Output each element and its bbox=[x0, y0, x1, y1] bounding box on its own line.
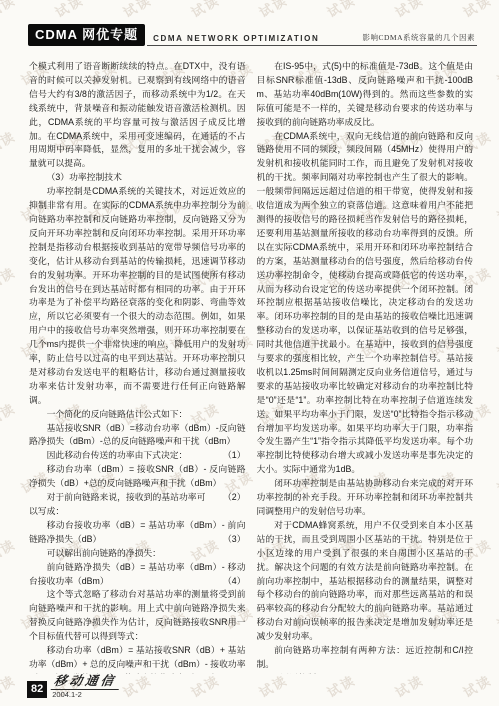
running-article-title: 影响CDMA系统容量的几个因素 bbox=[362, 32, 475, 43]
watermark-stamp: 试读 bbox=[0, 670, 19, 701]
header-rule: CDMA NETWORK OPTIMIZATION 影响CDMA系统容量的几个因… bbox=[147, 32, 477, 46]
watermark-stamp: 试读 bbox=[493, 330, 499, 361]
watermark-stamp: 试读 bbox=[255, 670, 290, 701]
watermark-stamp: 试读 bbox=[187, 670, 222, 701]
watermark-stamp: 试读 bbox=[493, 466, 499, 497]
watermark-stamp: 试读 bbox=[0, 534, 19, 565]
paragraph-left-3: 一个简化的反向链路估计公式如下： bbox=[29, 408, 246, 422]
equation-number: （4） bbox=[205, 575, 245, 589]
paragraph-right-2: 闭环功率控制是由基站协助移动台来完成的对开环功率控制的补充手段。开环功率控制和闭… bbox=[257, 477, 474, 519]
paragraph-right-3: 对于CDMA蜂窝系统，用户不仅受到来自本小区基站的干扰，而且受到周围小区基站的干… bbox=[257, 519, 474, 644]
equation-number: （2） bbox=[205, 491, 245, 505]
page-header: CDMA 网优专题 CDMA NETWORK OPTIMIZATION 影响CD… bbox=[28, 24, 477, 46]
watermark-stamp: 试读 bbox=[493, 602, 499, 633]
watermark-stamp: 试读 bbox=[0, 0, 19, 21]
right-column: 在IS-95中，式(5)中的标准值是-73dB。这个值是由目标SNR标准值-13… bbox=[257, 60, 474, 674]
watermark-stamp: 试读 bbox=[493, 58, 499, 89]
watermark-stamp: 试读 bbox=[119, 0, 154, 21]
watermark-stamp: 试读 bbox=[391, 0, 426, 21]
watermark-stamp: 试读 bbox=[0, 398, 19, 429]
journal-mark: 移动通信 2004.1-2 bbox=[52, 675, 120, 698]
formula-left-8: 移动台接收功率（dB）= 基站功率（dBm）- 前向链路净损失（dB）（3） bbox=[29, 519, 246, 547]
formula-left-10: 前向链路净损失（dB）= 基站功率（dBm）- 移动台接收功率（dBm）（4） bbox=[29, 561, 246, 589]
watermark-stamp: 试读 bbox=[0, 126, 19, 157]
equation-number: （3） bbox=[205, 533, 245, 547]
paragraph-left-0: 个模式利用了语音断断续续的特点。在DTX中，没有语音的时候可以关掉发射机。已观察… bbox=[29, 60, 246, 171]
watermark-stamp: 试读 bbox=[391, 670, 426, 701]
watermark-stamp: 试读 bbox=[119, 670, 154, 701]
article-body: 个模式利用了语音断断续续的特点。在DTX中，没有语音的时候可以关掉发射机。已观察… bbox=[29, 60, 473, 674]
formula-left-4: 基站接收SNR（dB）=移动台功率（dBm）-反向链路净损失（dBm）-总的反向… bbox=[29, 422, 246, 450]
section-badge: CDMA 网优专题 bbox=[28, 24, 145, 46]
paragraph-right-0: 在IS-95中，式(5)中的标准值是-73dB。这个值是由目标SNR标准值-13… bbox=[257, 60, 474, 130]
paragraph-left-2: 功率控制是CDMA系统的关键技术，对远近效应的抑制非常有用。在实际的CDMA系统… bbox=[29, 185, 246, 408]
journal-logo: 移动通信 bbox=[51, 675, 122, 690]
formula-left-6: 移动台功率（dBm）= 接收SNR（dB）- 反向链路净损失（dB）+总的反向链… bbox=[29, 463, 246, 491]
watermark-stamp: 试读 bbox=[187, 0, 222, 21]
paragraph-right-5: ◆远近控制 bbox=[257, 672, 474, 674]
paragraph-right-4: 前向链路功率控制有两种方法：远近控制和C/I控制。 bbox=[257, 644, 474, 672]
scanned-page: 试读试读试读试读试读试读试读试读试读试读试读试读试读试读试读试读试读试读试读试读… bbox=[0, 0, 499, 706]
page-number: 82 bbox=[27, 681, 47, 698]
page-footer: 82 移动通信 2004.1-2 bbox=[27, 675, 120, 698]
watermark-stamp: 试读 bbox=[323, 670, 358, 701]
paragraph-left-9: 可以解出前向链路的净损失： bbox=[29, 547, 246, 561]
watermark-stamp: 试读 bbox=[323, 0, 358, 21]
formula-left-12: 移动台功率（dBm）= 基站接收SNR（dB）+ 基站功率（dBm）+ 总的反向… bbox=[29, 644, 246, 674]
issue-date: 2004.1-2 bbox=[52, 691, 120, 699]
paragraph-right-1: 在CDMA系统中，双向无线信道的前向链路和反向链路使用不同的频段，频段间隔（45… bbox=[257, 130, 474, 478]
watermark-stamp: 试读 bbox=[51, 0, 86, 21]
watermark-stamp: 试读 bbox=[459, 670, 494, 701]
watermark-stamp: 试读 bbox=[0, 262, 19, 293]
watermark-stamp: 试读 bbox=[459, 0, 494, 21]
watermark-stamp: 试读 bbox=[255, 0, 290, 21]
paragraph-left-1: （3）功率控制技术 bbox=[29, 171, 246, 185]
watermark-stamp: 试读 bbox=[493, 194, 499, 225]
left-column: 个模式利用了语音断断续续的特点。在DTX中，没有语音的时候可以关掉发射机。已观察… bbox=[29, 60, 246, 674]
equation-number: （1） bbox=[205, 449, 245, 463]
section-title-en: CDMA NETWORK OPTIMIZATION bbox=[153, 34, 319, 43]
paragraph-left-11: 这个等式忽略了移动台对基站功率的测量将受到前向链路噪声和干扰的影响。用上式中前向… bbox=[29, 588, 246, 644]
